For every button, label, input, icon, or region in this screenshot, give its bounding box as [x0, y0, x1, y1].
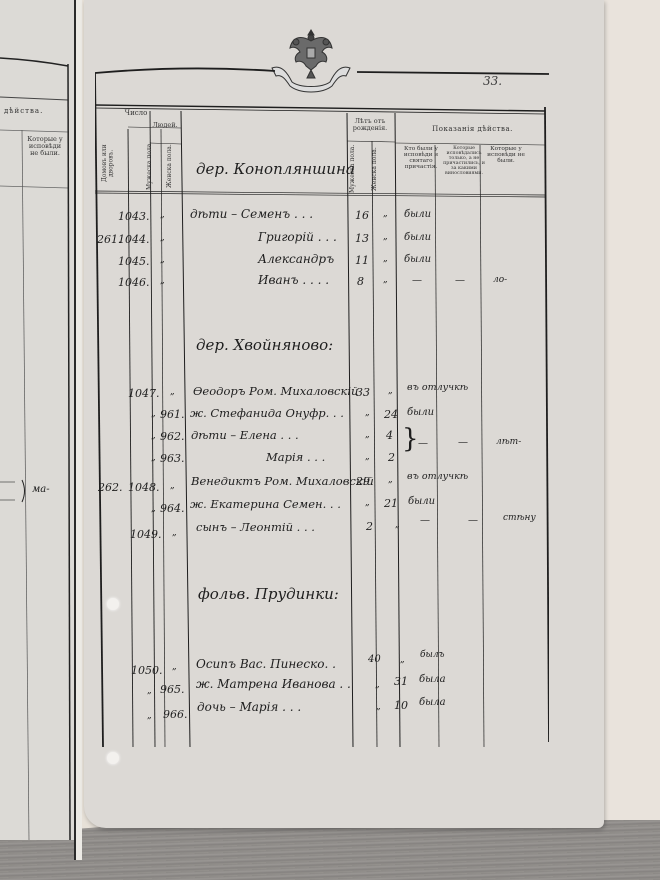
header-count: Число	[116, 110, 156, 117]
male-number: „	[151, 453, 156, 463]
person-name: Осипъ Вас. Пинеско. .	[196, 657, 336, 671]
page-number: 33.	[483, 74, 502, 88]
confession-dash: —	[418, 438, 428, 449]
female-number: „	[160, 210, 165, 220]
confession-status: были	[404, 254, 431, 265]
age-female: „	[383, 209, 388, 219]
age-male: 13	[355, 232, 369, 245]
confession-status: были	[404, 209, 431, 220]
left-page-rules	[0, 0, 80, 840]
age-male: „	[375, 680, 380, 690]
confessed-only-dash: —	[455, 275, 465, 286]
not-confessed-note: ло-	[493, 275, 507, 285]
person-name: ж. Матрена Иванова . .	[196, 677, 351, 691]
age-male: „	[365, 452, 370, 462]
age-female: 4	[386, 429, 393, 442]
age-male: „	[365, 498, 370, 508]
not-confessed-note: лѣт-	[496, 437, 521, 447]
person-name: Григорій . . .	[258, 230, 337, 244]
age-male: „	[365, 408, 370, 418]
male-number: 1045.	[118, 255, 150, 268]
female-number: „	[172, 662, 177, 672]
male-number: „	[151, 431, 156, 441]
age-male: 8	[357, 275, 364, 288]
confession-status: былъ	[420, 650, 445, 660]
confession-status: были	[404, 232, 431, 243]
header-female: Женска пола.	[167, 140, 173, 192]
header-confession-group: Показанія дѣйства.	[400, 126, 545, 133]
male-number: „	[151, 504, 156, 514]
header-households: Домовъ или дворовъ.	[102, 134, 115, 192]
age-male: „	[376, 702, 381, 712]
male-number: 1049.	[130, 528, 162, 541]
female-number: 966.	[163, 708, 188, 721]
left-facing-page: дѣйства. Которые у исповѣди не были. ма-	[0, 0, 80, 840]
age-male: 2	[366, 520, 373, 533]
left-col-not-confessed: Которые у исповѣди не были.	[24, 136, 66, 157]
header-persons: Людей.	[150, 122, 180, 129]
left-note: ма-	[32, 484, 50, 495]
age-male: „	[365, 430, 370, 440]
age-male: 33	[356, 386, 370, 399]
brace-icon: }	[402, 424, 419, 454]
confession-dash: —	[412, 275, 422, 286]
person-name: дочь – Марія . . .	[197, 700, 301, 714]
age-male: 11	[355, 254, 369, 267]
age-male: 16	[355, 209, 369, 222]
age-female: „	[388, 475, 393, 485]
age-female: „	[383, 232, 388, 242]
age-female: „	[383, 254, 388, 264]
female-number: 964.	[160, 502, 185, 515]
section-title: дер. Конопляншина	[196, 160, 355, 178]
person-name: Марія . . .	[266, 450, 325, 464]
age-female: „	[383, 275, 388, 285]
person-name: дѣти – Елена . . .	[191, 428, 299, 442]
person-name: Өеодоръ Ром. Михаловскій	[193, 384, 358, 398]
male-number: 1044.	[118, 233, 150, 246]
confession-status: были	[408, 496, 435, 507]
person-name: Александръ	[258, 252, 334, 266]
age-female: „	[400, 655, 405, 665]
female-number: „	[160, 276, 165, 286]
female-number: 961.	[160, 408, 185, 421]
male-number: 1048.	[128, 481, 160, 494]
female-number: 965.	[160, 683, 185, 696]
header-confessed-only: Которые исповѣдались только, а не причас…	[443, 146, 485, 176]
section-title: фольв. Прудинки:	[198, 585, 339, 603]
male-number: 1050.	[131, 664, 163, 677]
household-number: 262.	[98, 481, 123, 494]
person-name: сынъ – Леонтій . . .	[196, 520, 315, 534]
age-female: 31	[394, 675, 408, 688]
left-header-fragment: дѣйства.	[4, 108, 43, 116]
confession-status: въ отлучкѣ	[407, 382, 468, 393]
female-number: „	[172, 528, 177, 538]
female-number: „	[160, 255, 165, 265]
header-confessed: Кто были у исповѣди и святаго причастія.	[401, 146, 441, 170]
header-male: Мужеска пола.	[147, 140, 153, 192]
age-female: 21	[384, 497, 398, 510]
confession-status: была	[419, 697, 446, 708]
age-female: 24	[384, 408, 398, 421]
male-number: „	[151, 409, 156, 419]
female-number: „	[170, 481, 175, 491]
confession-status: была	[419, 674, 446, 685]
header-age-group: Лѣтъ отъ рожденія.	[349, 118, 391, 132]
male-number: 1043.	[118, 210, 150, 223]
person-name: ж. Екатерина Семен. . .	[190, 497, 341, 511]
header-age-female: Женска пола.	[372, 143, 378, 195]
female-number: 963.	[160, 452, 185, 465]
person-name: дѣти – Семенъ . . .	[190, 207, 313, 221]
not-confessed-note: стѣну	[503, 513, 536, 523]
male-number: 1046.	[118, 276, 150, 289]
age-female: „	[395, 520, 400, 530]
age-female: 10	[394, 699, 408, 712]
female-number: „	[160, 233, 165, 243]
confession-status: были	[407, 407, 434, 418]
confessed-only-dash: —	[468, 515, 478, 526]
confession-dash: —	[420, 515, 430, 526]
female-number: 962.	[160, 430, 185, 443]
person-name: ж. Стефанида Онуфр. . .	[190, 406, 344, 420]
person-name: Иванъ . . . .	[258, 273, 329, 287]
age-male: 29	[356, 475, 370, 488]
confession-status: въ отлучкѣ	[407, 471, 468, 482]
binding-hole	[107, 752, 119, 764]
male-number: 1047.	[128, 387, 160, 400]
header-not-confessed: Которые у исповѣди не были.	[486, 146, 526, 164]
age-male: 40	[368, 654, 381, 665]
male-number: „	[147, 711, 152, 721]
page-spine	[74, 0, 82, 860]
age-female: 2	[388, 451, 395, 464]
female-number: „	[170, 387, 175, 397]
male-number: „	[147, 686, 152, 696]
age-female: „	[388, 386, 393, 396]
person-name: Венедиктъ Ром. Михаловскій	[191, 474, 374, 488]
section-title: дер. Хвойняново:	[196, 336, 333, 354]
confessed-only-dash: —	[458, 437, 468, 448]
